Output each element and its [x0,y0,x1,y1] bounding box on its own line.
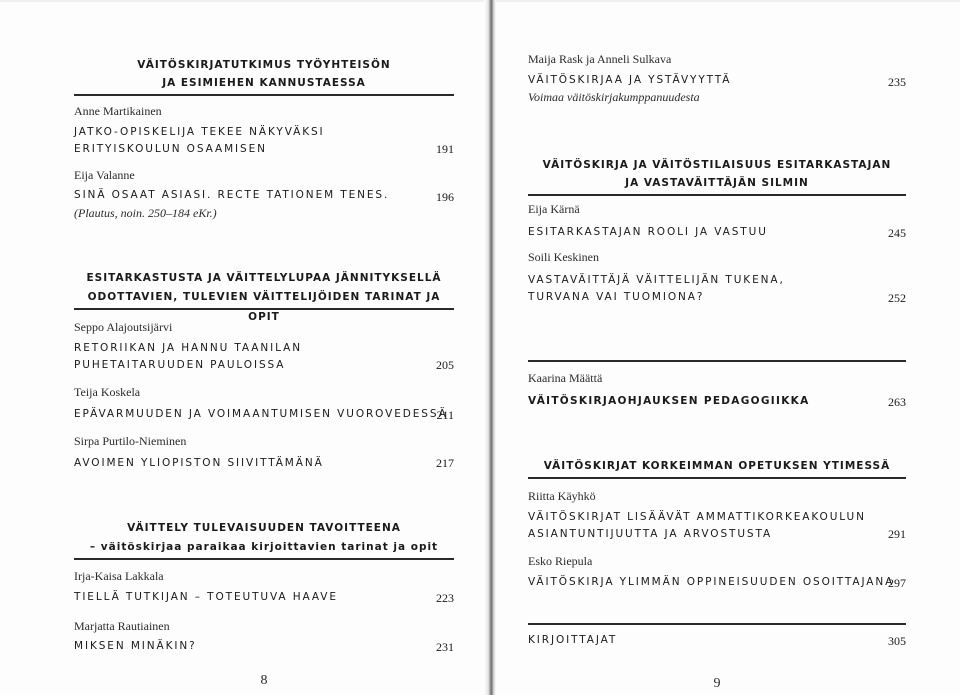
entry-title[interactable]: AVOIMEN YLIOPISTON SIIVITTÄMÄNÄ [74,453,324,473]
entry-page-number[interactable]: 305 [888,634,906,649]
book-spine [484,0,496,695]
entry-page-number[interactable]: 252 [888,291,906,306]
page-number-folio: 9 [528,676,906,692]
entry-author: Seppo Alajoutsijärvi [74,320,172,335]
entry-page-number[interactable]: 223 [436,591,454,606]
entry-page-number[interactable]: 231 [436,640,454,655]
entry-page-number[interactable]: 217 [436,456,454,471]
entry-title[interactable]: VÄITÖSKIRJAOHJAUKSEN PEDAGOGIIKKA [528,391,810,411]
section-rule [528,477,906,479]
section-heading: ESITARKASTUSTA JA VÄITTELYLUPAA JÄNNITYK… [74,268,454,288]
section-heading: VÄITTELY TULEVAISUUDEN TAVOITTEENA [74,518,454,538]
entry-subtitle: Voimaa väitöskirjakumppanuudesta [528,90,700,105]
entry-title[interactable]: VÄITÖSKIRJA YLIMMÄN OPPINEISUUDEN OSOITT… [528,572,894,592]
section-rule [528,360,906,362]
entry-author: Anne Martikainen [74,104,162,119]
left-page: VÄITÖSKIRJATUTKIMUS TYÖYHTEISÖN JA ESIMI… [74,0,454,695]
entry-subtitle: (Plautus, noin. 250–184 eKr.) [74,206,217,221]
section-heading: VÄITÖSKIRJAT KORKEIMMAN OPETUKSEN YTIMES… [528,456,906,476]
entry-page-number[interactable]: 263 [888,395,906,410]
entry-author: Riitta Käyhkö [528,489,596,504]
entry-author: Maija Rask ja Anneli Sulkava [528,52,671,67]
entry-author: Eija Valanne [74,168,135,183]
entry-author: Soili Keskinen [528,250,599,265]
entry-title[interactable]: KIRJOITTAJAT [528,630,617,650]
entry-page-number[interactable]: 245 [888,226,906,241]
section-heading: VÄITÖSKIRJATUTKIMUS TYÖYHTEISÖN [74,55,454,75]
entry-title[interactable]: PUHETAITARUUDEN PAULOISSA [74,355,285,375]
section-heading: – väitöskirjaa paraikaa kirjoittavien ta… [74,537,454,557]
entry-title[interactable]: MIKSEN MINÄKIN? [74,636,197,656]
section-heading: JA ESIMIEHEN KANNUSTAESSA [74,73,454,93]
entry-author: Kaarina Määttä [528,371,602,386]
entry-author: Marjatta Rautiainen [74,619,170,634]
entry-author: Teija Koskela [74,385,140,400]
entry-title[interactable]: ERITYISKOULUN OSAAMISEN [74,139,267,159]
entry-title[interactable]: EPÄVARMUUDEN JA VOIMAANTUMISEN VUOROVEDE… [74,404,448,424]
entry-page-number[interactable]: 205 [436,358,454,373]
right-page: Maija Rask ja Anneli Sulkava VÄITÖSKIRJA… [528,0,906,695]
entry-title[interactable]: TURVANA VAI TUOMIONA? [528,287,704,307]
page-number-folio: 8 [74,673,454,689]
section-rule [74,558,454,560]
section-heading: JA VASTAVÄITTÄJÄN SILMIN [528,173,906,193]
book-spread: VÄITÖSKIRJATUTKIMUS TYÖYHTEISÖN JA ESIMI… [0,0,960,695]
entry-author: Irja-Kaisa Lakkala [74,569,164,584]
section-rule [528,194,906,196]
entry-title[interactable]: ESITARKASTAJAN ROOLI JA VASTUU [528,222,768,242]
entry-page-number[interactable]: 196 [436,190,454,205]
entry-author: Eija Kärnä [528,202,580,217]
entry-page-number[interactable]: 291 [888,527,906,542]
entry-page-number[interactable]: 191 [436,142,454,157]
section-heading: VÄITÖSKIRJA JA VÄITÖSTILAISUUS ESITARKAS… [528,155,906,175]
entry-page-number[interactable]: 211 [436,408,454,423]
entry-title[interactable]: SINÄ OSAAT ASIASI. RECTE TATIONEM TENES. [74,185,389,205]
entry-page-number[interactable]: 235 [888,75,906,90]
entry-title[interactable]: VÄITÖSKIRJAA JA YSTÄVYYTTÄ [528,70,731,90]
entry-page-number[interactable]: 297 [888,576,906,591]
section-rule [74,94,454,96]
entry-title[interactable]: TIELLÄ TUTKIJAN – TOTEUTUVA HAAVE [74,587,338,607]
entry-title[interactable]: ASIANTUNTIJUUTTA JA ARVOSTUSTA [528,524,772,544]
entry-author: Esko Riepula [528,554,592,569]
section-rule [74,308,454,310]
section-rule [528,623,906,625]
entry-author: Sirpa Purtilo-Nieminen [74,434,186,449]
